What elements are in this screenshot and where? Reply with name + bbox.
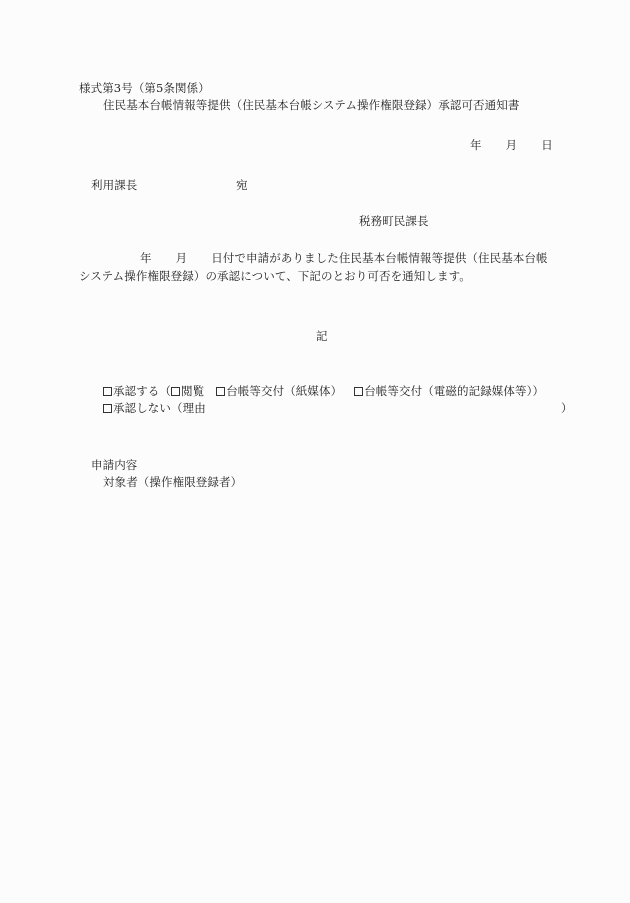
date-day-label: 日	[541, 138, 553, 152]
paper-issue-label: 台帳等交付（紙媒体）	[226, 384, 342, 398]
document-page: 様式第3号（第5条関係） 住民基本台帳情報等提供（住民基本台帳システム操作権限登…	[0, 0, 630, 903]
paper-issue-checkbox[interactable]	[216, 387, 225, 396]
approve-checkbox[interactable]	[103, 387, 112, 396]
sender-title: 税務町民課長	[359, 213, 429, 229]
date-year-label: 年	[470, 138, 482, 152]
date-month-label: 月	[506, 138, 518, 152]
approve-label: 承認する（	[113, 384, 171, 398]
reject-option-line: 承認しない（理由	[103, 400, 206, 416]
body-text-1: 日付で申請がありました住民基本台帳情報等提供（住民基本台帳	[211, 251, 547, 265]
electronic-issue-label: 台帳等交付（電磁的記録媒体等）	[364, 384, 532, 398]
reject-close-paren: ）	[561, 400, 573, 416]
body-line-2: システム操作権限登録）の承認について、下記のとおり可否を通知します。	[79, 268, 471, 284]
application-details-heading: 申請内容	[91, 457, 137, 473]
view-checkbox[interactable]	[171, 387, 180, 396]
form-number: 様式第3号（第5条関係）	[79, 80, 210, 96]
document-title: 住民基本台帳情報等提供（住民基本台帳システム操作権限登録）承認可否通知書	[103, 97, 519, 113]
recipient-honorific: 宛	[236, 177, 248, 193]
reject-checkbox[interactable]	[103, 404, 112, 413]
electronic-issue-checkbox[interactable]	[354, 387, 363, 396]
recipient-name: 利用課長	[91, 177, 137, 193]
view-label: 閲覧	[181, 384, 204, 398]
reject-label: 承認しない（理由	[113, 401, 206, 415]
body-line-1: 年月日付で申請がありました住民基本台帳情報等提供（住民基本台帳	[140, 250, 548, 266]
body-year-label: 年	[140, 251, 152, 265]
target-person-label: 対象者（操作権限登録者）	[103, 474, 242, 490]
body-month-label: 月	[176, 251, 188, 265]
approve-close-paren: ）	[532, 384, 544, 398]
approve-option-line: 承認する（閲覧台帳等交付（紙媒体）台帳等交付（電磁的記録媒体等））	[103, 383, 544, 399]
date-line: 年月日	[470, 137, 553, 153]
ki-heading: 記	[316, 328, 328, 344]
